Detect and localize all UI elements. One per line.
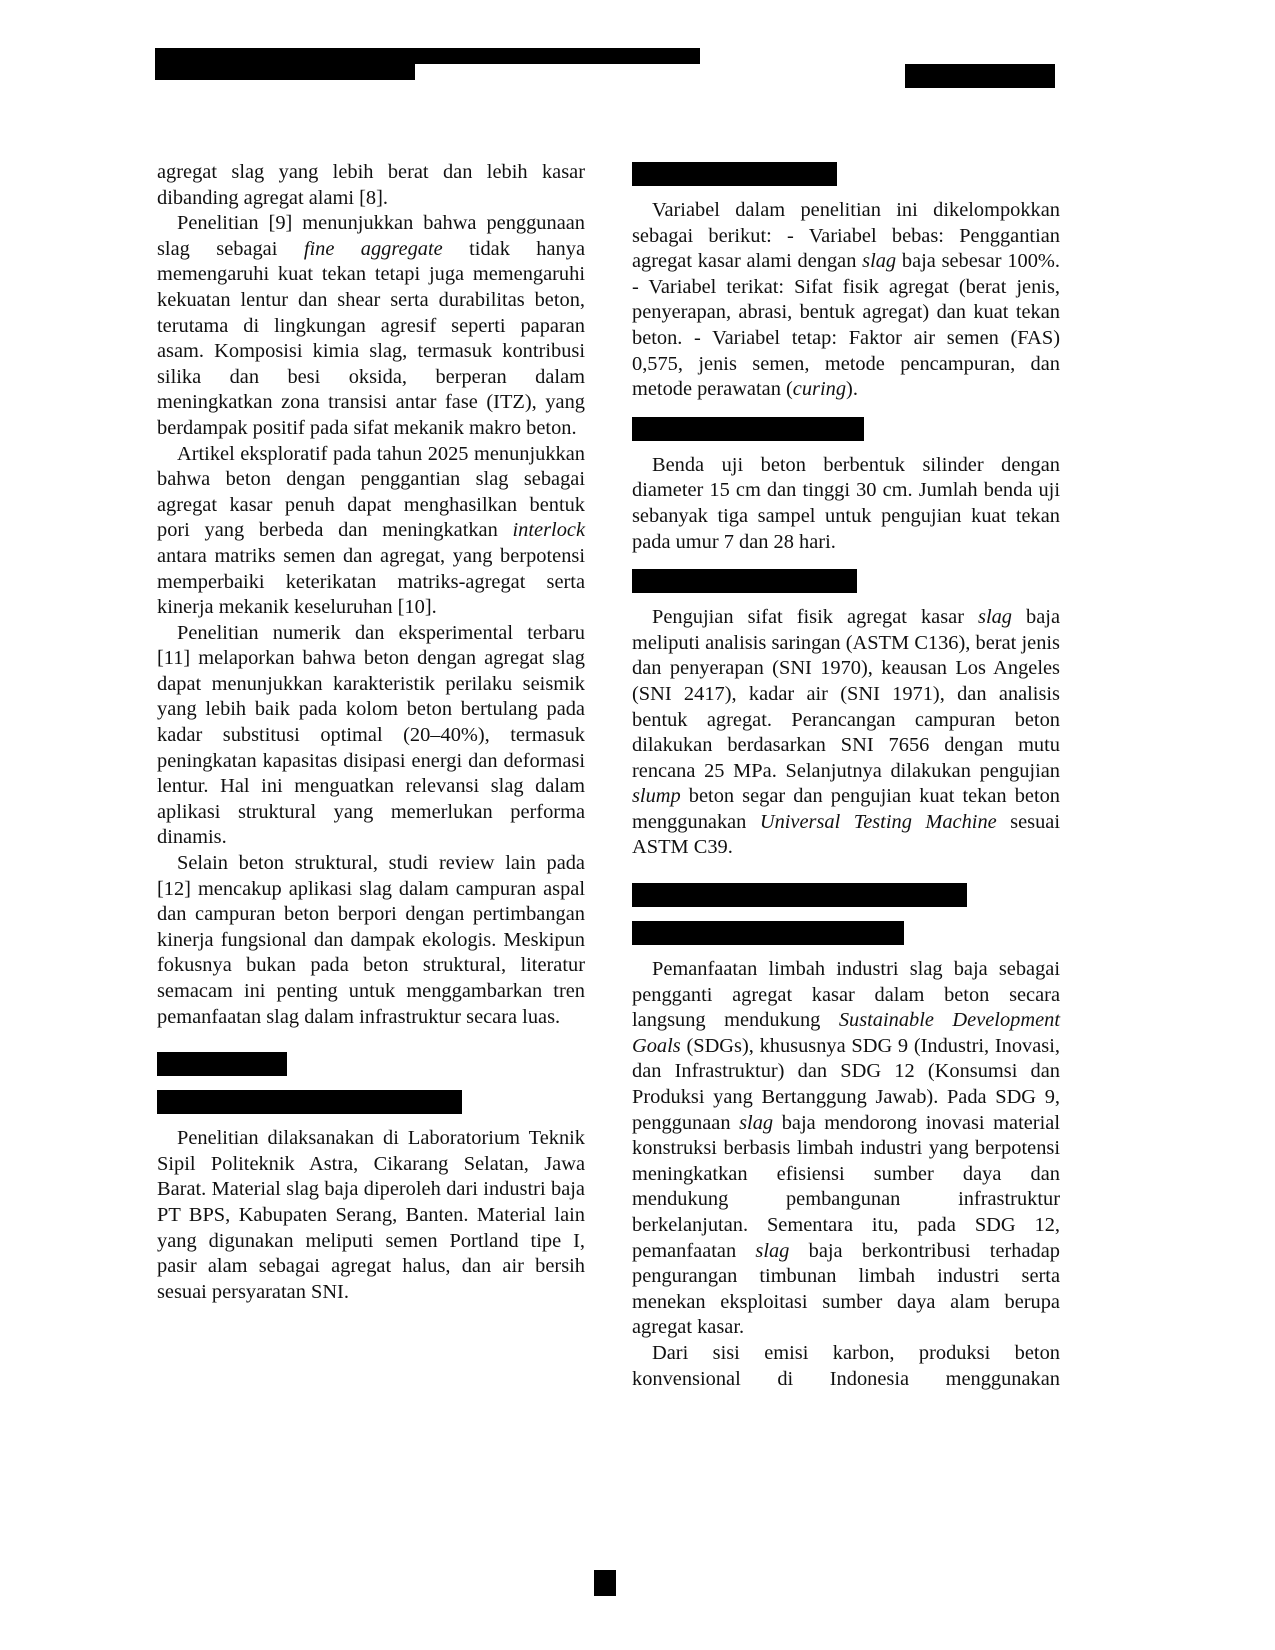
section-heading-redacted [157,1052,287,1076]
paragraph-ref9: Penelitian [9] menunjukkan bahwa penggun… [157,211,585,441]
paragraph-testing: Pengujian sifat fisik agregat kasar slag… [632,605,1060,861]
paragraph-ref11: Penelitian numerik dan eksperimental ter… [157,621,585,851]
page-number-redacted [594,1570,616,1596]
paragraph-ref12: Selain beton struktural, studi review la… [157,851,585,1030]
paragraph-continuation: agregat slag yang lebih berat dan lebih … [157,160,585,211]
subsection-heading-variables-redacted [632,162,837,186]
paragraph-variables: Variabel dalam penelitian ini dikelompok… [632,198,1060,403]
left-column: agregat slag yang lebih berat dan lebih … [157,160,585,1305]
paragraph-sdg: Pemanfaatan limbah industri slag baja se… [632,957,1060,1341]
paragraph-ref10: Artikel eksploratif pada tahun 2025 menu… [157,442,585,621]
subsection-heading-redacted [157,1090,462,1114]
subsection-heading-sdg-redacted [632,921,904,945]
paragraph-specimen: Benda uji beton berbentuk silinder denga… [632,453,1060,555]
paragraph-carbon: Dari sisi emisi karbon, produksi beton k… [632,1341,1060,1392]
section-heading-results-redacted [632,883,967,907]
header-journal-redacted [905,64,1055,88]
header-title-redacted-line2 [155,64,415,80]
paragraph-method-location: Penelitian dilaksanakan di Laboratorium … [157,1126,585,1305]
subsection-heading-testing-redacted [632,569,857,593]
subsection-heading-specimen-redacted [632,417,864,441]
header-title-redacted [155,48,700,64]
right-column: Variabel dalam penelitian ini dikelompok… [632,160,1060,1392]
